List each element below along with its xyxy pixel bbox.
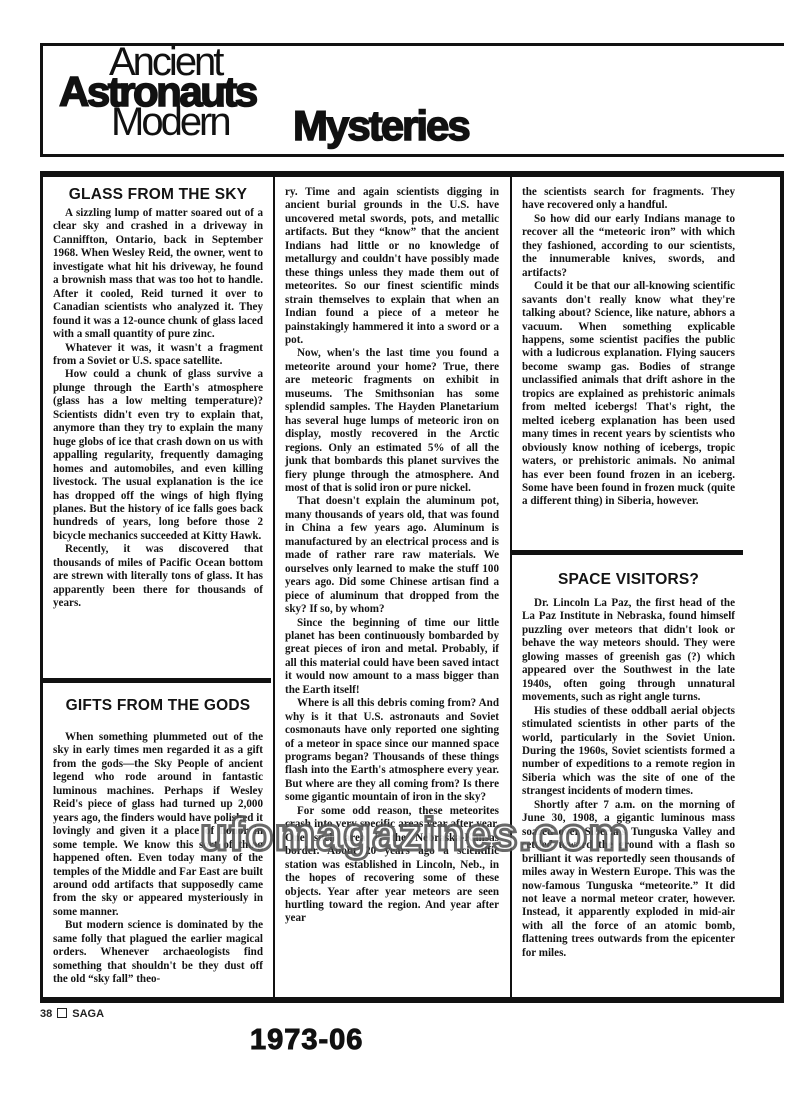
paragraph: That doesn't explain the aluminum pot, m…: [285, 495, 499, 616]
article-body: Dr. Lincoln La Paz, the first head of th…: [522, 597, 735, 960]
square-bullet-icon: [57, 1008, 67, 1018]
paragraph: ry. Time and again scientists digging in…: [285, 186, 499, 347]
column-right: the scientists search for fragments. The…: [510, 177, 743, 997]
magazine-name: SAGA: [72, 1008, 104, 1020]
page-number: 38: [40, 1008, 52, 1020]
paragraph: How could a chunk of glass survive a plu…: [53, 368, 263, 543]
paragraph: Now, when's the last time you found a me…: [285, 347, 499, 495]
paragraph: Where is all this debris coming from? An…: [285, 697, 499, 805]
paragraph: Recently, it was discovered that thousan…: [53, 543, 263, 610]
section-heading: GLASS FROM THE SKY: [53, 186, 263, 204]
watermark: ufomagazines.com: [200, 807, 630, 861]
column-middle: ry. Time and again scientists digging in…: [273, 177, 507, 997]
title-banner: Ancient Astronauts Modern Mysteries: [40, 43, 784, 157]
column-left: GLASS FROM THE SKY A sizzling lump of ma…: [43, 177, 271, 997]
article-frame: GLASS FROM THE SKY A sizzling lump of ma…: [40, 171, 784, 1003]
section-heading: SPACE VISITORS?: [522, 571, 735, 589]
section-heading: GIFTS FROM THE GODS: [53, 697, 263, 715]
article-body: the scientists search for fragments. The…: [522, 186, 735, 509]
paragraph: So how did our early Indians manage to r…: [522, 213, 735, 280]
title-mysteries: Mysteries: [293, 102, 469, 150]
paragraph: His studies of these oddball aerial obje…: [522, 705, 735, 799]
section-continued-right: the scientists search for fragments. The…: [512, 186, 743, 509]
paragraph: Could it be that our all-knowing scienti…: [522, 280, 735, 509]
paragraph: Whatever it was, it wasn't a fragment fr…: [53, 342, 263, 369]
section-glass-from-the-sky: GLASS FROM THE SKY A sizzling lump of ma…: [43, 186, 271, 611]
paragraph: But modern science is dominated by the s…: [53, 919, 263, 986]
page-footer: 38SAGA: [40, 1008, 104, 1020]
section-space-visitors: SPACE VISITORS? Dr. Lincoln La Paz, the …: [512, 571, 743, 960]
section-divider: [512, 550, 743, 555]
section-divider: [43, 678, 271, 683]
paragraph: A sizzling lump of matter soared out of …: [53, 207, 263, 342]
paragraph: Dr. Lincoln La Paz, the first head of th…: [522, 597, 735, 705]
paragraph: Since the beginning of time our little p…: [285, 617, 499, 698]
issue-date: 1973-06: [250, 1024, 363, 1057]
article-body: A sizzling lump of matter soared out of …: [53, 207, 263, 611]
title-modern: Modern: [111, 100, 229, 145]
paragraph: the scientists search for fragments. The…: [522, 186, 735, 213]
